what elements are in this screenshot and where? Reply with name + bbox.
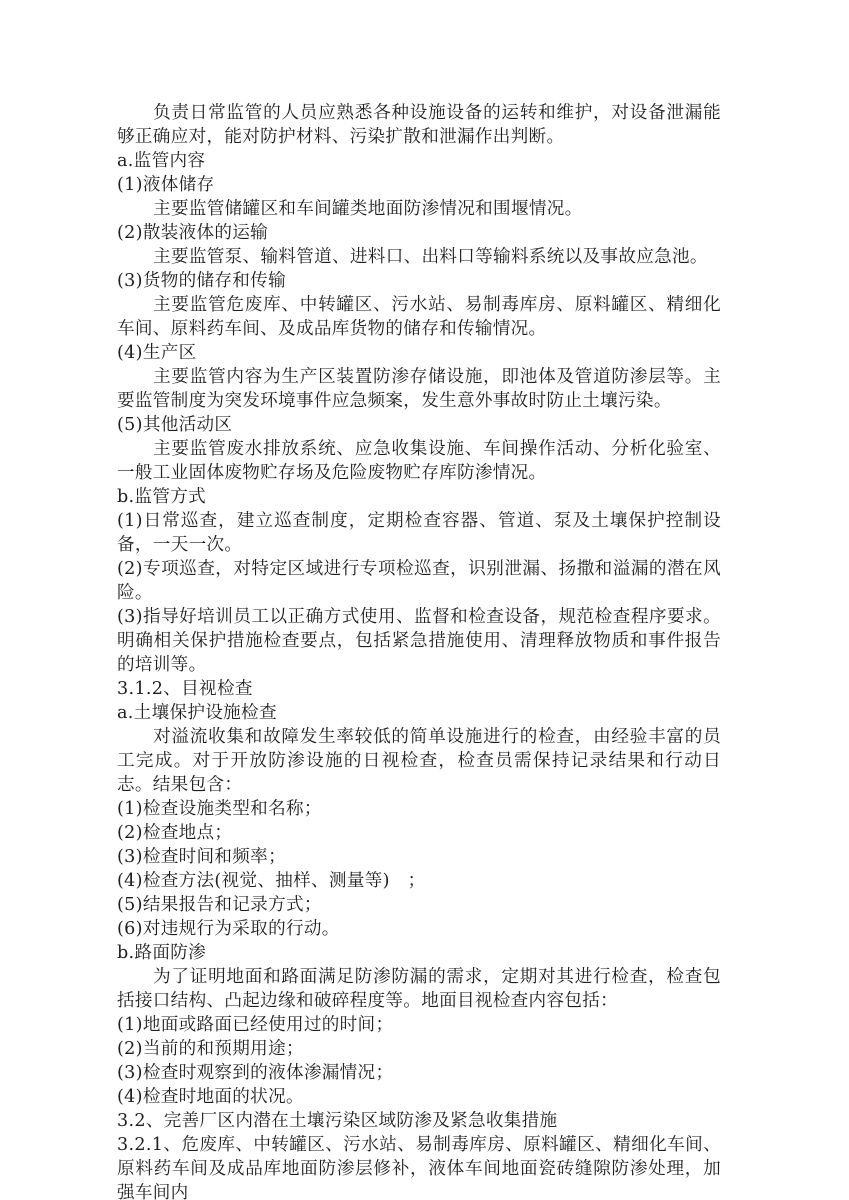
list-item: (3)检查时间和频率； [117,845,721,869]
subheading-pavement-seepage: b.路面防渗 [117,941,721,965]
subheading-other-areas: (5)其他活动区 [117,413,721,437]
list-item: (4)检查方法(视觉、抽样、测量等) ； [117,869,721,893]
subheading-goods-storage: (3)货物的储存和传输 [117,269,721,293]
paragraph-special-inspection: (2)专项巡查，对特定区域进行专项检巡查，识别泄漏、扬撒和溢漏的潜在风险。 [117,557,721,605]
subheading-liquid-storage: (1)液体储存 [117,173,721,197]
list-item: (3)检查时观察到的液体渗漏情况； [117,1061,721,1085]
paragraph-training: (3)指导好培训员工以正确方式使用、监督和检查设备，规范检查程序要求。明确相关保… [117,605,721,677]
subheading-production-area: (4)生产区 [117,341,721,365]
paragraph-production-area: 主要监管内容为生产区装置防渗存储设施，即池体及管道防渗层等。主要监管制度为突发环… [117,365,721,413]
list-item: (4)检查时地面的状况。 [117,1085,721,1109]
section-heading-visual-inspection: 3.1.2、目视检查 [117,677,721,701]
paragraph-pavement-seepage: 为了证明地面和路面满足防渗防漏的需求，定期对其进行检查，检查包括接口结构、凸起边… [117,965,721,1013]
paragraph-soil-protection-check: 对溢流收集和故障发生率较低的简单设施进行的检查，由经验丰富的员工完成。对于开放防… [117,725,721,797]
paragraph-other-areas: 主要监管废水排放系统、应急收集设施、车间操作活动、分析化验室、一般工业固体废物贮… [117,437,721,485]
list-item: (2)当前的和预期用途； [117,1037,721,1061]
list-item: (5)结果报告和记录方式； [117,893,721,917]
list-item: (1)检查设施类型和名称； [117,797,721,821]
paragraph-daily-inspection: (1)日常巡查，建立巡查制度，定期检查容器、管道、泵及土壤保护控制设备，一天一次… [117,509,721,557]
subheading-soil-protection-check: a.土壤保护设施检查 [117,701,721,725]
section-heading-monitoring-methods: b.监管方式 [117,485,721,509]
paragraph-3-2-1: 3.2.1、危废库、中转罐区、污水站、易制毒库房、原料罐区、精细化车间、原料药车… [117,1133,721,1200]
document-page: 负责日常监管的人员应熟悉各种设施设备的运转和维护，对设备泄漏能够正确应对，能对防… [117,101,721,1200]
intro-paragraph: 负责日常监管的人员应熟悉各种设施设备的运转和维护，对设备泄漏能够正确应对，能对防… [117,101,721,149]
paragraph-liquid-storage: 主要监管储罐区和车间罐类地面防渗情况和围堰情况。 [117,197,721,221]
list-item: (1)地面或路面已经使用过的时间； [117,1013,721,1037]
section-heading-monitoring-content: a.监管内容 [117,149,721,173]
list-item: (6)对违规行为采取的行动。 [117,917,721,941]
list-item: (2)检查地点； [117,821,721,845]
paragraph-bulk-liquid-transport: 主要监管泵、输料管道、进料口、出料口等输料系统以及事故应急池。 [117,245,721,269]
paragraph-goods-storage: 主要监管危废库、中转罐区、污水站、易制毒库房、原料罐区、精细化车间、原料药车间、… [117,293,721,341]
section-heading-3-2: 3.2、完善厂区内潜在土壤污染区域防渗及紧急收集措施 [117,1109,721,1133]
subheading-bulk-liquid-transport: (2)散装液体的运输 [117,221,721,245]
